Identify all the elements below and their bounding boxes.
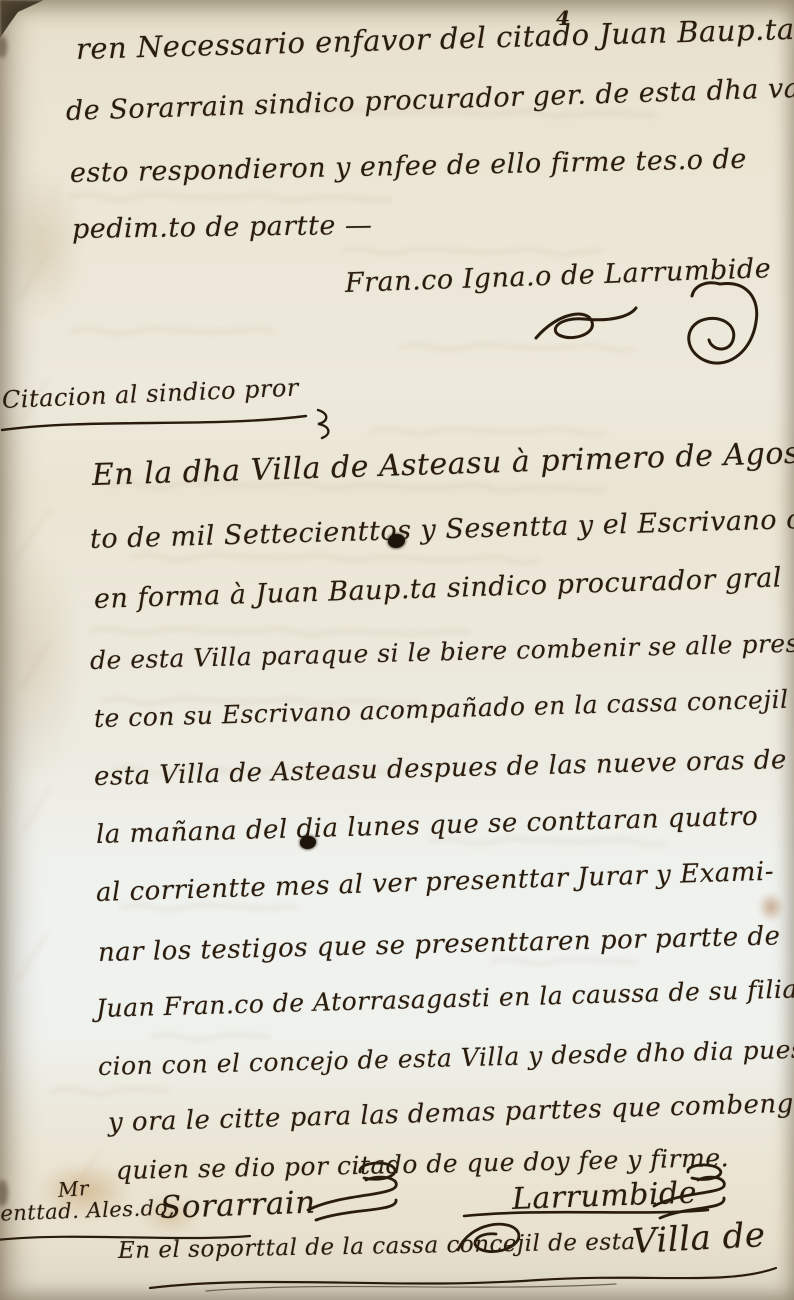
signature-sorarrain: Sorarrain [159, 1185, 316, 1226]
rubric-flourish [300, 1158, 404, 1230]
manuscript-line: pedim.to de partte — [72, 210, 373, 245]
closing-underline-flourish [146, 1264, 794, 1296]
manuscript-page: 4 ren Necessario enfavor del citado Juan… [0, 0, 794, 1300]
margin-heading-underline [0, 408, 340, 442]
rubric-flourish [530, 300, 640, 348]
rubric-flourish-large [676, 278, 764, 373]
closing-line-large: Villa de [631, 1215, 766, 1262]
rubric-flourish [648, 1160, 728, 1226]
